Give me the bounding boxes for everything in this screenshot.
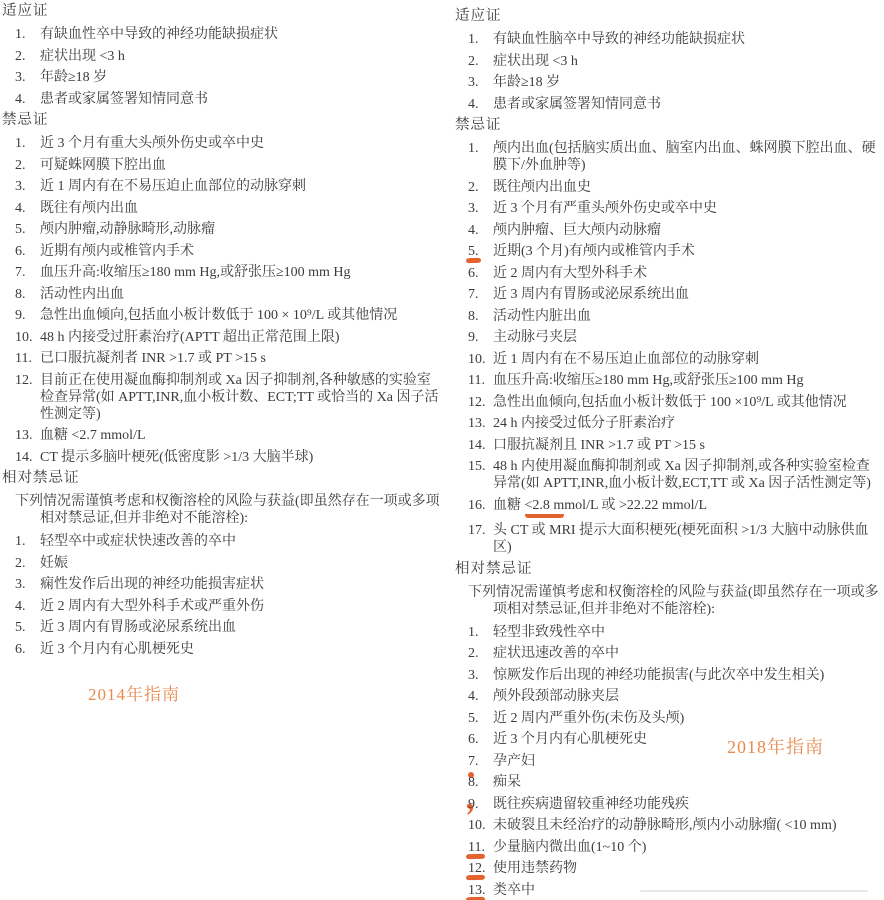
item-text: 血压升高:收缩压≥180 mm Hg,或舒张压≥100 mm Hg [493, 373, 804, 388]
list-item: 2.症状出现 <3 h [15, 48, 440, 65]
item-text: 年龄≥18 岁 [493, 75, 560, 90]
item-number: 6. [468, 731, 493, 748]
list-item: 1.有缺血性脑卒中导致的神经功能缺损症状 [468, 31, 881, 48]
list-item: 9.既往疾病遗留较重神经功能残疾 [468, 796, 881, 813]
guideline-2014-label: 2014年指南 [88, 680, 180, 705]
list-item: 7.血压升高:收缩压≥180 mm Hg,或舒张压≥100 mm Hg [15, 264, 440, 281]
item-number: 4. [15, 200, 40, 217]
section-intro: 下列情况需谨慎考虑和权衡溶栓的风险与获益(即虽然存在一项或多项相对禁忌证,但并非… [468, 584, 881, 618]
item-number: 5. [468, 710, 493, 727]
item-number: 12. [468, 394, 493, 411]
item-text: CT 提示多脑叶梗死(低密度影 >1/3 大脑半球) [40, 450, 313, 465]
list-item: 14.口服抗凝剂且 INR >1.7 或 PT >15 s [468, 437, 881, 454]
item-number: 13. [468, 415, 493, 432]
item-number: 9. [468, 796, 493, 813]
item-text: 可疑蛛网膜下腔出血 [40, 158, 166, 173]
item-number: 7. [468, 286, 493, 303]
section-title: 禁忌证 [455, 117, 881, 134]
item-number: 2. [468, 645, 493, 662]
item-number: 6. [468, 265, 493, 282]
list-item: 1.轻型非致残性卒中 [468, 624, 881, 641]
item-number: 1. [15, 26, 40, 43]
item-number: 3. [468, 74, 493, 91]
list-item: 17.头 CT 或 MRI 提示大面积梗死(梗死面积 >1/3 大脑中动脉供血区… [468, 522, 881, 556]
list-item: 14.CT 提示多脑叶梗死(低密度影 >1/3 大脑半球) [15, 449, 440, 466]
item-list: 1.近 3 个月有重大头颅外伤史或卒中史2.可疑蛛网膜下腔出血3.近 1 周内有… [2, 135, 440, 466]
list-item: 12.目前正在使用凝血酶抑制剂或 Xa 因子抑制剂,各种敏感的实验室检查异常(如… [15, 372, 440, 423]
list-item: 5.近 2 周内严重外伤(未伤及头颅) [468, 710, 881, 727]
item-text: 类卒中 [493, 883, 535, 898]
item-number: 2. [468, 179, 493, 196]
item-number: 4. [15, 91, 40, 108]
item-text: 血压升高:收缩压≥180 mm Hg,或舒张压≥100 mm Hg [40, 265, 351, 280]
item-text: 症状出现 <3 h [493, 54, 578, 69]
list-item: 3.近 1 周内有在不易压迫止血部位的动脉穿刺 [15, 178, 440, 195]
list-item: 4.颅内肿瘤、巨大颅内动脉瘤 [468, 222, 881, 239]
item-number: 6. [15, 641, 40, 658]
list-item: 10.未破裂且未经治疗的动静脉畸形,颅内小动脉瘤( <10 mm) [468, 817, 881, 834]
item-number: 3. [468, 667, 493, 684]
list-item: 11.血压升高:收缩压≥180 mm Hg,或舒张压≥100 mm Hg [468, 372, 881, 389]
item-text: 颅内出血(包括脑实质出血、脑室内出血、蛛网膜下腔出血、硬膜下/外血肿等) [493, 141, 876, 173]
section-title: 适应证 [2, 3, 440, 20]
item-number: 7. [15, 264, 40, 281]
list-item: 1.有缺血性卒中导致的神经功能缺损症状 [15, 26, 440, 43]
item-number: 1. [468, 140, 493, 157]
item-text: 症状出现 <3 h [40, 49, 125, 64]
item-text: 使用违禁药物 [493, 861, 577, 876]
section-intro: 下列情况需谨慎考虑和权衡溶栓的风险与获益(即虽然存在一项或多项相对禁忌证,但并非… [15, 493, 440, 527]
item-text: 口服抗凝剂且 INR >1.7 或 PT >15 s [493, 438, 705, 453]
item-text: 近 1 周内有在不易压迫止血部位的动脉穿刺 [40, 179, 306, 194]
item-text: 48 h 内使用凝血酶抑制剂或 Xa 因子抑制剂,或各种实验室检查异常(如 AP… [493, 459, 871, 491]
item-list: 1.轻型卒中或症状快速改善的卒中2.妊娠3.痫性发作后出现的神经功能损害症状4.… [2, 533, 440, 658]
list-item: 7.近 3 周内有胃肠或泌尿系统出血 [468, 286, 881, 303]
item-text: 少量脑内微出血(1~10 个) [493, 840, 646, 855]
column-guideline-2018: 适应证1.有缺血性脑卒中导致的神经功能缺损症状2.症状出现 <3 h3.年龄≥1… [455, 8, 881, 900]
item-number: 10. [468, 817, 493, 834]
list-item: 2.既往颅内出血史 [468, 179, 881, 196]
list-item: 2.症状出现 <3 h [468, 53, 881, 70]
item-text: 颅外段颈部动脉夹层 [493, 689, 619, 704]
item-text: 孕产妇 [493, 754, 535, 769]
item-number: 3. [15, 69, 40, 86]
item-text: 近期(3 个月)有颅内或椎管内手术 [493, 244, 695, 259]
column-guideline-2014: 适应证1.有缺血性卒中导致的神经功能缺损症状2.症状出现 <3 h3.年龄≥18… [2, 3, 440, 662]
item-text: 年龄≥18 岁 [40, 70, 107, 85]
list-item: 1.轻型卒中或症状快速改善的卒中 [15, 533, 440, 550]
item-number: 2. [15, 48, 40, 65]
list-item: 13.血糖 <2.7 mmol/L [15, 427, 440, 444]
item-number: 8. [15, 286, 40, 303]
item-number: 11. [468, 372, 493, 389]
item-text: 患者或家属签署知情同意书 [493, 97, 661, 112]
item-text: 近 2 周内严重外伤(未伤及头颅) [493, 711, 684, 726]
item-text: 颅内肿瘤,动静脉畸形,动脉瘤 [40, 222, 215, 237]
item-number: 8., [468, 774, 493, 791]
list-item: 8.,痴呆 [468, 774, 881, 791]
item-list: 1.轻型非致残性卒中2.症状迅速改善的卒中3.惊厥发作后出现的神经功能损害(与此… [455, 624, 881, 899]
item-number: 9. [468, 329, 493, 346]
document-page: 适应证1.有缺血性卒中导致的神经功能缺损症状2.症状出现 <3 h3.年龄≥18… [0, 0, 884, 900]
list-item: 3.痫性发作后出现的神经功能损害症状 [15, 576, 440, 593]
item-text: 患者或家属签署知情同意书 [40, 92, 208, 107]
list-item: 11.少量脑内微出血(1~10 个) [468, 839, 881, 856]
item-number: 1. [15, 135, 40, 152]
item-text: 痴呆 [493, 775, 521, 790]
item-number: 7. [468, 753, 493, 770]
item-number: 2. [15, 555, 40, 572]
item-text: 24 h 内接受过低分子肝素治疗 [493, 416, 675, 431]
item-text: 有缺血性卒中导致的神经功能缺损症状 [40, 27, 278, 42]
item-text: 已口服抗凝剂者 INR >1.7 或 PT >15 s [40, 351, 266, 366]
section-title: 相对禁忌证 [455, 561, 881, 578]
item-text: 近 2 周内有大型外科手术 [493, 266, 647, 281]
guideline-2018-label: 2018年指南 [727, 733, 824, 759]
item-number: 16. [468, 497, 493, 514]
item-text: 血糖 [493, 498, 525, 513]
item-text: 既往颅内出血史 [493, 180, 591, 195]
list-item: 8.活动性内脏出血 [468, 308, 881, 325]
list-item: 10.48 h 内接受过肝素治疗(APTT 超出正常范围上限) [15, 329, 440, 346]
list-item: 10.近 1 周内有在不易压迫止血部位的动脉穿刺 [468, 351, 881, 368]
item-text: 未破裂且未经治疗的动静脉畸形,颅内小动脉瘤( <10 mm) [493, 818, 837, 833]
item-number: 8. [468, 308, 493, 325]
list-item: 1.近 3 个月有重大头颅外伤史或卒中史 [15, 135, 440, 152]
item-number: 9. [15, 307, 40, 324]
item-number-with-orange-underline-annotation: 11. [468, 839, 493, 856]
list-item: 2.症状迅速改善的卒中 [468, 645, 881, 662]
item-text: 惊厥发作后出现的神经功能损害(与此次卒中发生相关) [493, 668, 824, 683]
item-text: 近 1 周内有在不易压迫止血部位的动脉穿刺 [493, 352, 759, 367]
section-title: 相对禁忌证 [2, 470, 440, 487]
item-text: 近 2 周内有大型外科手术或严重外伤 [40, 599, 264, 614]
item-number: 5. [15, 619, 40, 636]
item-text: 近 3 个月有重大头颅外伤史或卒中史 [40, 136, 264, 151]
item-text: 颅内肿瘤、巨大颅内动脉瘤 [493, 223, 661, 238]
item-number: 10. [468, 351, 493, 368]
list-item: 4.患者或家属签署知情同意书 [15, 91, 440, 108]
item-number: 10. [15, 329, 40, 346]
item-number: 3. [15, 576, 40, 593]
list-item: 13.24 h 内接受过低分子肝素治疗 [468, 415, 881, 432]
item-text: 近 3 周内有胃肠或泌尿系统出血 [40, 620, 236, 635]
item-text: 痫性发作后出现的神经功能损害症状 [40, 577, 264, 592]
list-item: 1.颅内出血(包括脑实质出血、脑室内出血、蛛网膜下腔出血、硬膜下/外血肿等) [468, 140, 881, 174]
item-list: 1.有缺血性卒中导致的神经功能缺损症状2.症状出现 <3 h3.年龄≥18 岁4… [2, 26, 440, 108]
list-item: 16.血糖 <2.8 mmol/L 或 >22.22 mmol/L [468, 497, 881, 518]
item-number: 5. [15, 221, 40, 238]
list-item: 5.近 3 周内有胃肠或泌尿系统出血 [15, 619, 440, 636]
item-number: 4. [468, 222, 493, 239]
item-text: 急性出血倾向,包括血小板计数低于 100 × 10⁹/L 或其他情况 [40, 308, 397, 323]
item-text: 活动性内脏出血 [493, 309, 591, 324]
item-number: 13. [15, 427, 40, 444]
item-text: 48 h 内接受过肝素治疗(APTT 超出正常范围上限) [40, 330, 340, 345]
list-item: 6.近 2 周内有大型外科手术 [468, 265, 881, 282]
item-number: 2. [15, 157, 40, 174]
list-item: 4.颅外段颈部动脉夹层 [468, 688, 881, 705]
item-text: 近 3 周内有胃肠或泌尿系统出血 [493, 287, 689, 302]
item-text: 近 3 个月有严重头颅外伤史或卒中史 [493, 201, 717, 216]
item-number-with-orange-underline-annotation: 5. [468, 243, 493, 260]
item-text: 近期有颅内或椎管内手术 [40, 244, 194, 259]
item-text: 目前正在使用凝血酶抑制剂或 Xa 因子抑制剂,各种敏感的实验室检查异常(如 AP… [40, 373, 438, 422]
list-item: 9.急性出血倾向,包括血小板计数低于 100 × 10⁹/L 或其他情况 [15, 307, 440, 324]
list-item: 5.近期(3 个月)有颅内或椎管内手术 [468, 243, 881, 260]
item-number: 11. [15, 350, 40, 367]
item-text: 妊娠 [40, 556, 68, 571]
page-edge-rule [640, 890, 868, 892]
item-number: 3. [15, 178, 40, 195]
item-text: 近 3 个月内有心肌梗死史 [493, 732, 647, 747]
list-item: 2.可疑蛛网膜下腔出血 [15, 157, 440, 174]
item-text: 主动脉弓夹层 [493, 330, 577, 345]
list-item: 4.近 2 周内有大型外科手术或严重外伤 [15, 598, 440, 615]
item-list: 1.颅内出血(包括脑实质出血、脑室内出血、蛛网膜下腔出血、硬膜下/外血肿等)2.… [455, 140, 881, 556]
list-item: 4.患者或家属签署知情同意书 [468, 96, 881, 113]
item-text: 轻型非致残性卒中 [493, 625, 605, 640]
item-text: 既往有颅内出血 [40, 201, 138, 216]
item-number: 15. [468, 458, 493, 475]
item-number: 17. [468, 522, 493, 539]
item-text: 近 3 个月内有心肌梗死史 [40, 642, 194, 657]
list-item: 8.活动性内出血 [15, 286, 440, 303]
item-text: mol/L 或 >22.22 mmol/L [564, 498, 707, 513]
item-number: 1. [468, 31, 493, 48]
orange-underlined-text-annotation: <2.8 m [525, 497, 565, 518]
item-number-with-orange-underline-annotation: 13. [468, 882, 493, 899]
item-list: 1.有缺血性脑卒中导致的神经功能缺损症状2.症状出现 <3 h3.年龄≥18 岁… [455, 31, 881, 113]
item-number: 2. [468, 53, 493, 70]
list-item: 2.妊娠 [15, 555, 440, 572]
list-item: 3.惊厥发作后出现的神经功能损害(与此次卒中发生相关) [468, 667, 881, 684]
list-item: 5.颅内肿瘤,动静脉畸形,动脉瘤 [15, 221, 440, 238]
item-number: 4. [468, 688, 493, 705]
item-number: 14. [15, 449, 40, 466]
item-text: 有缺血性脑卒中导致的神经功能缺损症状 [493, 32, 745, 47]
list-item: 9.主动脉弓夹层 [468, 329, 881, 346]
item-number: 6. [15, 243, 40, 260]
section-title: 禁忌证 [2, 112, 440, 129]
item-number: 12. [15, 372, 40, 389]
list-item: 11.已口服抗凝剂者 INR >1.7 或 PT >15 s [15, 350, 440, 367]
list-item: 6.近期有颅内或椎管内手术 [15, 243, 440, 260]
item-text: 活动性内出血 [40, 287, 124, 302]
item-text: 头 CT 或 MRI 提示大面积梗死(梗死面积 >1/3 大脑中动脉供血区) [493, 523, 869, 555]
list-item: 3.近 3 个月有严重头颅外伤史或卒中史 [468, 200, 881, 217]
item-text: 轻型卒中或症状快速改善的卒中 [40, 534, 236, 549]
list-item: 12.急性出血倾向,包括血小板计数低于 100 ×10⁹/L 或其他情况 [468, 394, 881, 411]
list-item: 4.既往有颅内出血 [15, 200, 440, 217]
item-number: 1. [468, 624, 493, 641]
item-number: 14. [468, 437, 493, 454]
list-item: 6.近 3 个月内有心肌梗死史 [15, 641, 440, 658]
item-text: 症状迅速改善的卒中 [493, 646, 619, 661]
list-item: 15.48 h 内使用凝血酶抑制剂或 Xa 因子抑制剂,或各种实验室检查异常(如… [468, 458, 881, 492]
item-number: 4. [468, 96, 493, 113]
list-item: 12.使用违禁药物 [468, 860, 881, 877]
item-number: 4. [15, 598, 40, 615]
section-title: 适应证 [455, 8, 881, 25]
item-text: 既往疾病遗留较重神经功能残疾 [493, 797, 689, 812]
item-text: 血糖 <2.7 mmol/L [40, 428, 146, 443]
list-item: 3.年龄≥18 岁 [468, 74, 881, 91]
item-number-with-orange-underline-annotation: 12. [468, 860, 493, 877]
item-number: 1. [15, 533, 40, 550]
item-number: 3. [468, 200, 493, 217]
item-text: 急性出血倾向,包括血小板计数低于 100 ×10⁹/L 或其他情况 [493, 395, 847, 410]
list-item: 3.年龄≥18 岁 [15, 69, 440, 86]
